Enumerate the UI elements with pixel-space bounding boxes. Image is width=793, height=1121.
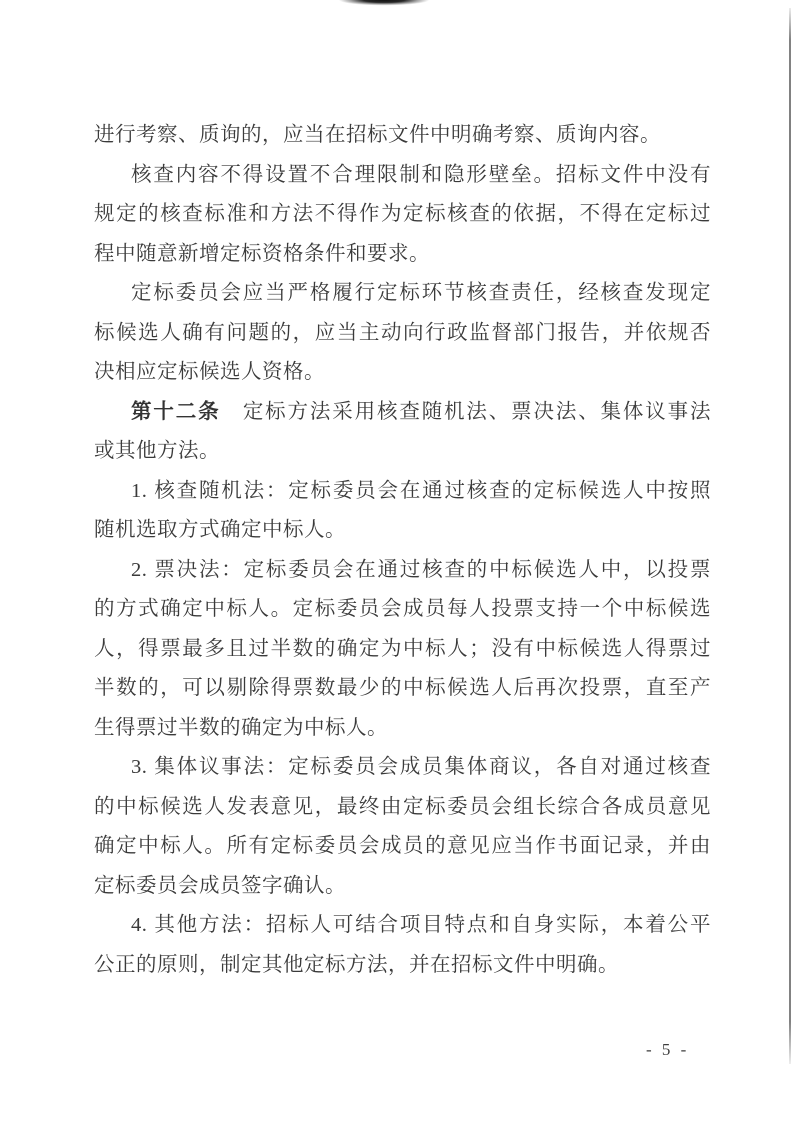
scan-smudge-artifact <box>326 0 442 7</box>
text-line: 规定的核查标准和方法不得作为定标核查的依据，不得在定标过 <box>94 195 711 235</box>
text-line: 随机选取方式确定中标人。 <box>94 511 711 551</box>
text-line: 进行考察、质询的，应当在招标文件中明确考察、质询内容。 <box>94 116 711 156</box>
text-line: 程中随意新增定标资格条件和要求。 <box>94 235 711 275</box>
text-line: 4. 其他方法：招标人可结合项目特点和自身实际，本着公平 <box>94 906 711 946</box>
text-line: 第十二条 定标方法采用核查随机法、票决法、集体议事法 <box>94 393 711 433</box>
text-line: 决相应定标候选人资格。 <box>94 353 711 393</box>
scan-edge-line-artifact <box>789 8 791 1064</box>
page-number: - 5 - <box>646 1040 716 1060</box>
document-page: 进行考察、质询的，应当在招标文件中明确考察、质询内容。核查内容不得设置不合理限制… <box>0 0 793 1121</box>
text-line: 人，得票最多且过半数的确定为中标人；没有中标候选人得票过 <box>94 630 711 670</box>
document-body: 进行考察、质询的，应当在招标文件中明确考察、质询内容。核查内容不得设置不合理限制… <box>94 116 711 985</box>
text-line: 确定中标人。所有定标委员会成员的意见应当作书面记录，并由 <box>94 827 711 867</box>
article-number-bold: 第十二条 <box>131 401 220 423</box>
text-line: 定标委员会成员签字确认。 <box>94 867 711 907</box>
text-line: 生得票过半数的确定为中标人。 <box>94 709 711 749</box>
text-line: 的中标候选人发表意见，最终由定标委员会组长综合各成员意见 <box>94 788 711 828</box>
text-line: 标候选人确有问题的，应当主动向行政监督部门报告，并依规否 <box>94 314 711 354</box>
text-line: 或其他方法。 <box>94 432 711 472</box>
text-line: 公正的原则，制定其他定标方法，并在招标文件中明确。 <box>94 946 711 986</box>
text-line: 3. 集体议事法：定标委员会成员集体商议，各自对通过核查 <box>94 748 711 788</box>
text-line: 2. 票决法：定标委员会在通过核查的中标候选人中，以投票 <box>94 551 711 591</box>
text-line: 核查内容不得设置不合理限制和隐形壁垒。招标文件中没有 <box>94 156 711 196</box>
text-line: 1. 核查随机法：定标委员会在通过核查的定标候选人中按照 <box>94 472 711 512</box>
text-line: 半数的，可以剔除得票数最少的中标候选人后再次投票，直至产 <box>94 669 711 709</box>
text-line: 的方式确定中标人。定标委员会成员每人投票支持一个中标候选 <box>94 590 711 630</box>
text-line: 定标委员会应当严格履行定标环节核查责任，经核查发现定 <box>94 274 711 314</box>
